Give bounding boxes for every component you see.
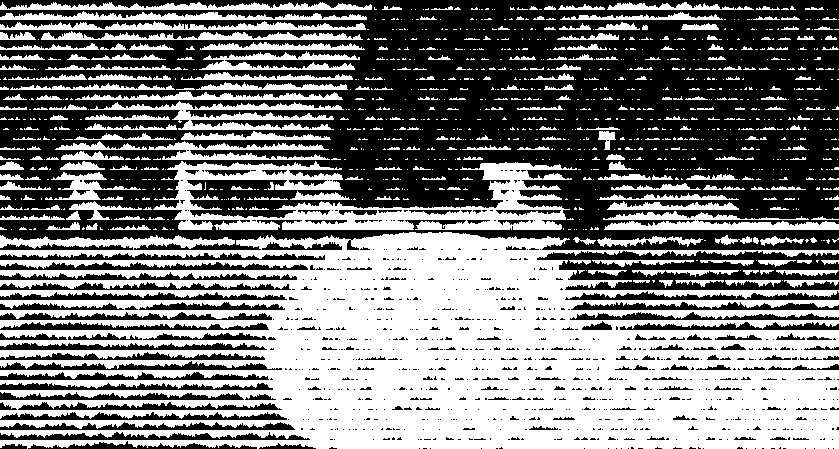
scene-canvas — [0, 0, 839, 449]
dithered-lake-scene — [0, 0, 839, 449]
